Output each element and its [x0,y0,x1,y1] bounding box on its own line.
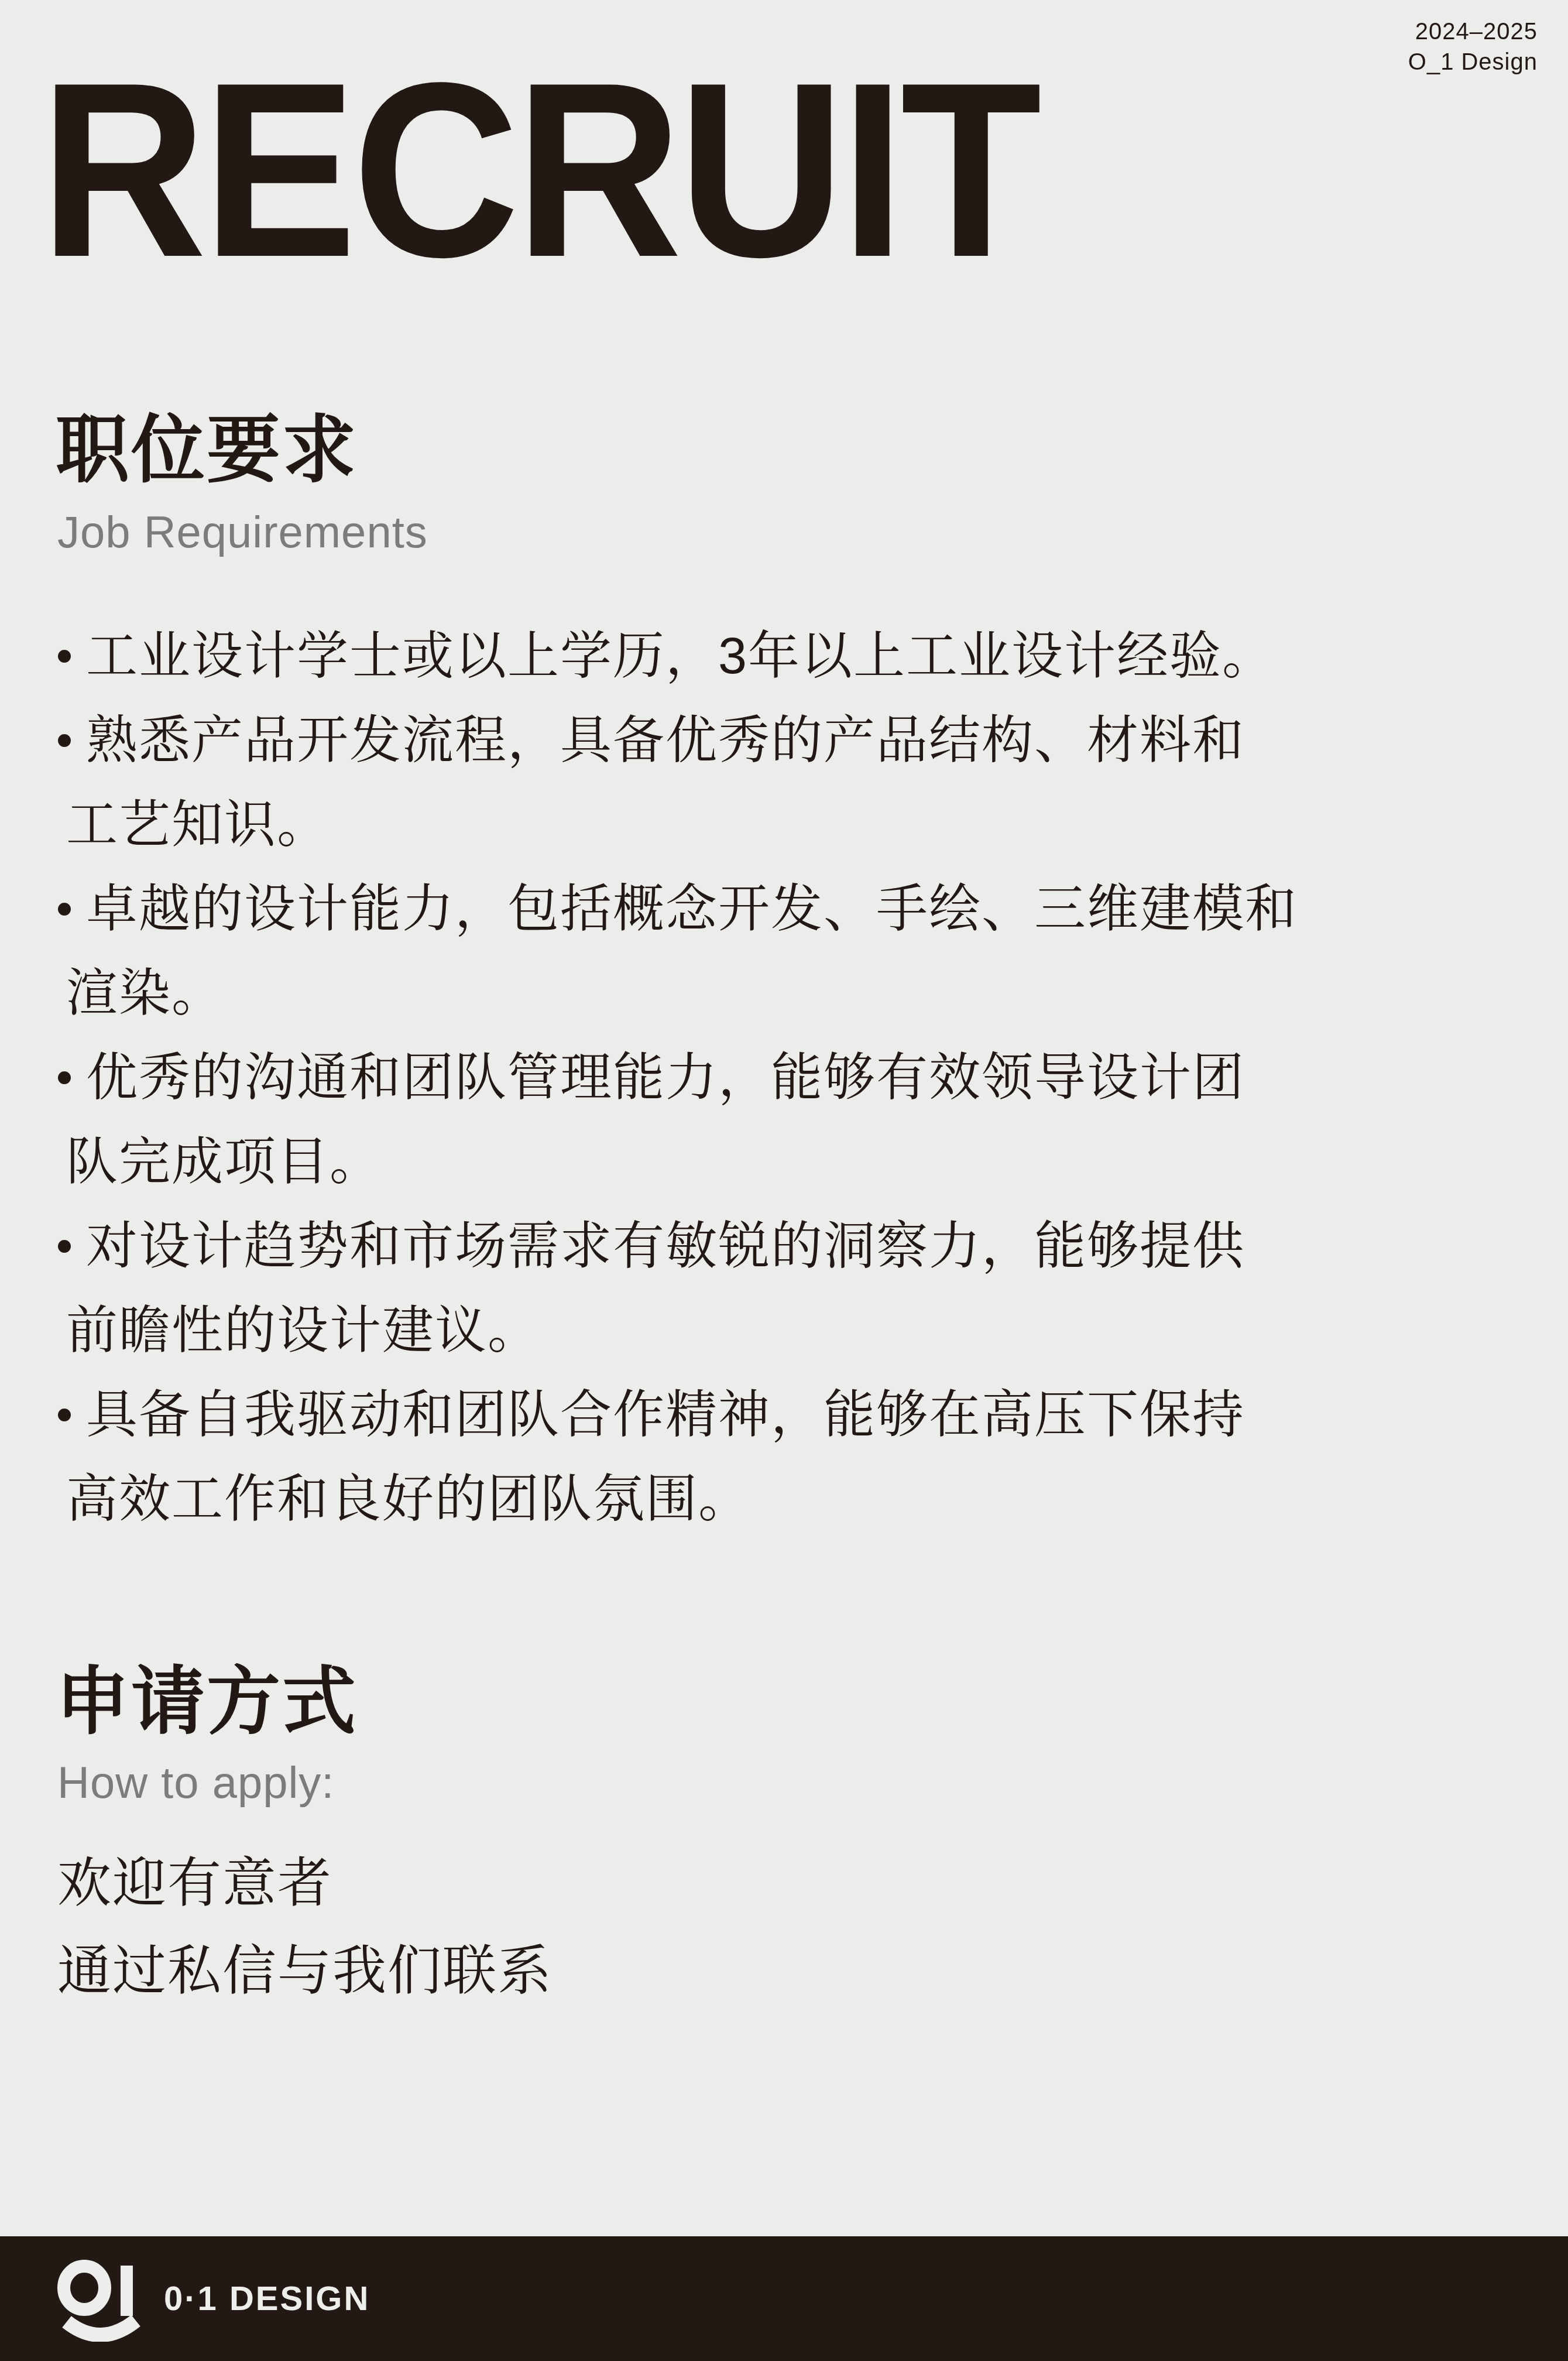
bullet-dot-icon [56,1035,86,1119]
requirement-text: 优秀的沟通和团队管理能力，能够有效领导设计团 [86,1035,1245,1119]
requirement-line: 优秀的沟通和团队管理能力，能够有效领导设计团 [56,1035,1519,1119]
poster-title: RECRUIT [40,46,1038,294]
footer-bar: 0·1 DESIGN [0,2236,1568,2361]
requirement-line: 具备自我驱动和团队合作精神，能够在高压下保持 [56,1372,1519,1457]
requirement-item: 优秀的沟通和团队管理能力，能够有效领导设计团 队完成项目。 [56,1035,1519,1204]
bullet-dot-icon [56,1372,86,1457]
meta-studio: O_1 Design [1408,47,1538,77]
requirement-line: 卓越的设计能力，包括概念开发、手绘、三维建模和 [56,866,1519,951]
recruitment-poster: 2024–2025 O_1 Design RECRUIT 职位要求 Job Re… [0,0,1568,2361]
requirement-text: 熟悉产品开发流程，具备优秀的产品结构、材料和 [86,698,1245,782]
requirement-line: 工业设计学士或以上学历，3年以上工业设计经验。 [56,614,1519,698]
requirement-text-continued: 高效工作和良好的团队氛围。 [56,1457,1519,1541]
requirement-text: 卓越的设计能力，包括概念开发、手绘、三维建模和 [86,866,1298,951]
requirement-text: 工业设计学士或以上学历，3年以上工业设计经验。 [86,614,1275,698]
requirements-heading-en: Job Requirements [57,508,428,557]
poster-meta: 2024–2025 O_1 Design [1408,16,1538,77]
requirement-text-continued: 工艺知识。 [56,782,1519,866]
requirements-heading-zh: 职位要求 [56,410,358,491]
requirement-text: 具备自我驱动和团队合作精神，能够在高压下保持 [86,1372,1245,1457]
requirement-item: 对设计趋势和市场需求有敏锐的洞察力，能够提供 前瞻性的设计建议。 [56,1204,1519,1372]
apply-heading-en: How to apply: [57,1759,334,1808]
requirement-item: 熟悉产品开发流程，具备优秀的产品结构、材料和 工艺知识。 [56,698,1519,866]
o1-smile-logo-icon [57,2260,145,2342]
contact-line: 欢迎有意者 [57,1839,553,1927]
requirement-text-continued: 前瞻性的设计建议。 [56,1288,1519,1372]
apply-heading-zh: 申请方式 [56,1661,358,1743]
requirement-text-continued: 渲染。 [56,951,1519,1035]
bullet-dot-icon [56,614,86,698]
bullet-dot-icon [56,1204,86,1288]
requirement-item: 工业设计学士或以上学历，3年以上工业设计经验。 [56,614,1519,698]
contact-block: 欢迎有意者 通过私信与我们联系 [57,1839,553,2015]
requirements-list: 工业设计学士或以上学历，3年以上工业设计经验。 熟悉产品开发流程，具备优秀的产品… [56,614,1519,1541]
requirement-text-continued: 队完成项目。 [56,1119,1519,1204]
requirement-item: 卓越的设计能力，包括概念开发、手绘、三维建模和 渲染。 [56,866,1519,1035]
bullet-dot-icon [56,866,86,951]
requirement-item: 具备自我驱动和团队合作精神，能够在高压下保持 高效工作和良好的团队氛围。 [56,1372,1519,1541]
footer-brand: 0·1 DESIGN [164,2279,370,2318]
meta-years: 2024–2025 [1408,16,1538,47]
requirement-line: 熟悉产品开发流程，具备优秀的产品结构、材料和 [56,698,1519,782]
contact-line: 通过私信与我们联系 [57,1927,553,2015]
requirement-line: 对设计趋势和市场需求有敏锐的洞察力，能够提供 [56,1204,1519,1288]
bullet-dot-icon [56,698,86,782]
requirement-text: 对设计趋势和市场需求有敏锐的洞察力，能够提供 [86,1204,1245,1288]
